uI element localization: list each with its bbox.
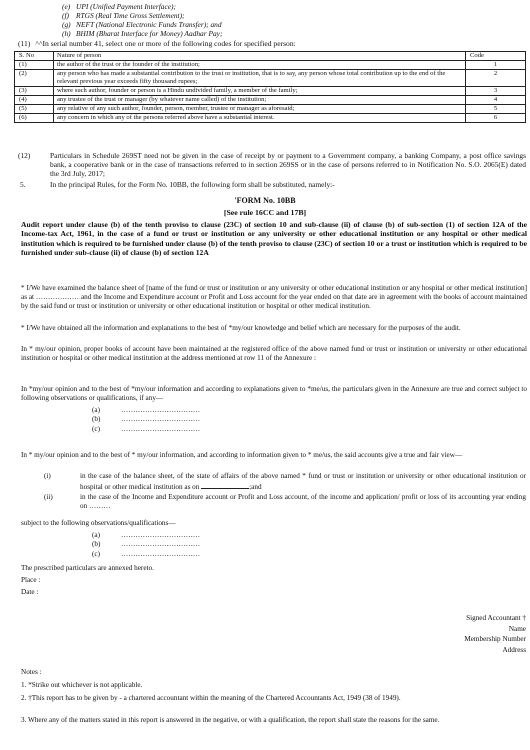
table-row: (4) any trustee of the trust or manager … bbox=[15, 96, 526, 105]
item-12: (12) Particulars in Schedule 269ST need … bbox=[18, 152, 526, 178]
cell-code: 2 bbox=[466, 70, 526, 87]
paragraph-true-fair-view: In * my/our opinion and to the best of *… bbox=[21, 451, 527, 460]
item-number: 5. bbox=[20, 180, 50, 189]
blank-line: …………………………… bbox=[121, 425, 200, 434]
signature-block: Signed Accountant † Name Membership Numb… bbox=[464, 613, 526, 655]
item-label: (h) bbox=[62, 30, 76, 39]
cell-nature: any concern in which any of the persons … bbox=[54, 114, 466, 123]
table-row: (1) the author of the trust or the found… bbox=[15, 61, 526, 70]
list-item: (b)…………………………… bbox=[92, 415, 200, 424]
cell-sno: (4) bbox=[15, 96, 54, 105]
cell-code: 5 bbox=[466, 105, 526, 114]
item-label: (b) bbox=[92, 415, 121, 424]
cell-sno: (3) bbox=[15, 87, 54, 96]
address-label: Address bbox=[464, 645, 526, 656]
cell-nature: any trustee of the trust or manager (by … bbox=[54, 96, 466, 105]
form-title: 'FORM No. 10BB bbox=[0, 196, 530, 205]
document-page: (e)UPI (Unified Payment Interface); (f) … bbox=[0, 0, 530, 750]
header-nature: Nature of person bbox=[54, 52, 466, 61]
place-label: Place : bbox=[21, 576, 527, 585]
cell-nature: any relative of any such author, founder… bbox=[54, 105, 466, 114]
cell-code: 3 bbox=[466, 87, 526, 96]
date-blank bbox=[201, 481, 249, 489]
table-row: (5) any relative of any such author, fou… bbox=[15, 105, 526, 114]
cell-code: 4 bbox=[466, 96, 526, 105]
blank-line: …………………………… bbox=[121, 550, 200, 559]
view-item-ii: (ii) in the case of the Income and Expen… bbox=[38, 493, 526, 511]
item-text: In the principal Rules, for the Form No.… bbox=[50, 180, 335, 189]
note-item: 3. Where any of the matters stated in th… bbox=[21, 716, 527, 725]
item-text: in the case of the Income and Expenditur… bbox=[80, 493, 526, 511]
item-label: (a) bbox=[92, 406, 121, 415]
item-label: (i) bbox=[38, 472, 80, 492]
item-label: (c) bbox=[92, 550, 121, 559]
item-text: BHIM (Bharat Interface for Money) Aadhar… bbox=[76, 30, 222, 39]
form-heading: Audit report under clause (b) of the ten… bbox=[21, 220, 527, 258]
paragraph-information: * I/We have obtained all the information… bbox=[21, 324, 527, 333]
blank-line: …………………………… bbox=[121, 406, 200, 415]
membership-number-label: Membership Number bbox=[464, 634, 526, 645]
cell-sno: (2) bbox=[15, 70, 54, 87]
item-11: (11)^^In serial number 41, select one or… bbox=[18, 39, 296, 48]
item-label: (ii) bbox=[38, 493, 80, 511]
blank-line: …………………………… bbox=[121, 415, 200, 424]
item-text: ^^In serial number 41, select one or mor… bbox=[35, 39, 295, 48]
cell-code: 6 bbox=[466, 114, 526, 123]
item-label: (c) bbox=[92, 425, 121, 434]
list-item: (b)…………………………… bbox=[92, 540, 200, 549]
payment-modes-list: (e)UPI (Unified Payment Interface); (f) … bbox=[62, 3, 222, 39]
cell-sno: (1) bbox=[15, 61, 54, 70]
paragraph-examined: * I/We have examined the balance sheet o… bbox=[21, 284, 527, 311]
observations-list-2: (a)…………………………… (b)…………………………… (c)…………………… bbox=[92, 531, 200, 559]
notes-heading: Notes : bbox=[21, 668, 42, 677]
blank-line: …………………………… bbox=[121, 540, 200, 549]
blank-line: …………………………… bbox=[121, 531, 200, 540]
item-label: (b) bbox=[92, 540, 121, 549]
specified-person-codes-table: S. No Nature of person Code (1) the auth… bbox=[14, 51, 526, 123]
list-item: (a)…………………………… bbox=[92, 406, 200, 415]
note-item: 1. *Strike out whichever is not applicab… bbox=[21, 681, 527, 690]
header-sno: S. No bbox=[15, 52, 54, 61]
form-subtitle: [See rule 16CC and 17B] bbox=[0, 208, 530, 217]
paragraph-particulars: In *my/our opinion and to the best of *m… bbox=[21, 385, 527, 403]
item-label: (a) bbox=[92, 531, 121, 540]
date-label: Date : bbox=[21, 588, 527, 597]
observations-list-1: (a)…………………………… (b)…………………………… (c)…………………… bbox=[92, 406, 200, 434]
table-row: (3) where such author, founder or person… bbox=[15, 87, 526, 96]
list-item: (c)…………………………… bbox=[92, 550, 200, 559]
paragraph-subject-to: subject to the following observations/qu… bbox=[21, 519, 527, 528]
view-item-i: (i) in the case of the balance sheet, of… bbox=[38, 472, 526, 492]
cell-sno: (6) bbox=[15, 114, 54, 123]
cell-nature: any person who has made a substantial co… bbox=[54, 70, 466, 87]
item-text: Particulars in Schedule 269ST need not b… bbox=[50, 152, 526, 178]
item-text: in the case of the balance sheet, of the… bbox=[80, 472, 526, 492]
cell-code: 1 bbox=[466, 61, 526, 70]
list-item: (h)BHIM (Bharat Interface for Money) Aad… bbox=[62, 30, 222, 39]
item-number: (11) bbox=[18, 39, 30, 48]
signed-accountant-label: Signed Accountant † bbox=[464, 613, 526, 624]
item-5: 5. In the principal Rules, for the Form … bbox=[20, 180, 526, 189]
item-number: (12) bbox=[18, 152, 50, 178]
list-item: (a)…………………………… bbox=[92, 531, 200, 540]
note-item: 2. †This report has to be given by - a c… bbox=[21, 694, 527, 703]
paragraph-annexed: The prescribed particulars are annexed h… bbox=[21, 564, 527, 573]
table-row: (2) any person who has made a substantia… bbox=[15, 70, 526, 87]
table-header-row: S. No Nature of person Code bbox=[15, 52, 526, 61]
name-label: Name bbox=[464, 624, 526, 635]
cell-nature: where such author, founder or person is … bbox=[54, 87, 466, 96]
header-code: Code bbox=[466, 52, 526, 61]
cell-sno: (5) bbox=[15, 105, 54, 114]
list-item: (c)…………………………… bbox=[92, 425, 200, 434]
cell-nature: the author of the trust or the founder o… bbox=[54, 61, 466, 70]
table-row: (6) any concern in which any of the pers… bbox=[15, 114, 526, 123]
paragraph-books: In * my/our opinion, proper books of acc… bbox=[21, 345, 527, 363]
